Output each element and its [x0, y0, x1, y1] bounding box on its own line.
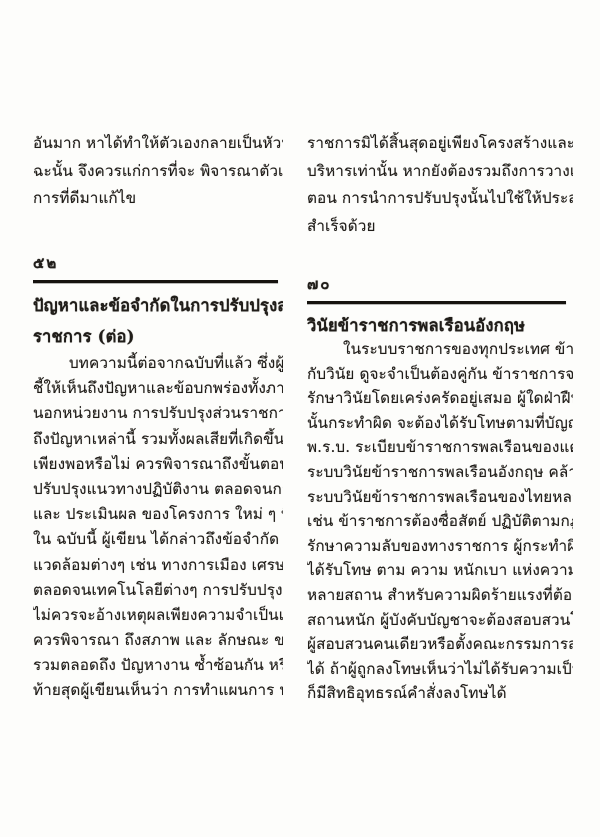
left-article-body: บทความนี้ต่อจากฉบับที่แล้ว ซึ่งผู้เขียนไ…: [33, 351, 283, 704]
right-article-number: ๗๐: [307, 272, 573, 296]
left-continuation-paragraph: อันมาก หาได้ทำให้ตัวเองกลายเป็นหัวหน้าที…: [33, 130, 283, 213]
left-section-rule: [33, 280, 278, 283]
left-article-number: ๕๒: [33, 251, 283, 275]
left-article-title: ปัญหาและข้อจำกัดในการปรับปรุงส่วนราชการ …: [33, 290, 283, 352]
right-continuation-paragraph: ราชการมิได้สิ้นสุดอยู่เพียงโครงสร้างและเ…: [307, 130, 573, 240]
scanned-document-page: อันมาก หาได้ทำให้ตัวเองกลายเป็นหัวหน้าที…: [0, 0, 600, 837]
left-column: อันมาก หาได้ทำให้ตัวเองกลายเป็นหัวหน้าที…: [33, 0, 283, 837]
right-section-rule: [307, 301, 566, 304]
right-column: ราชการมิได้สิ้นสุดอยู่เพียงโครงสร้างและเ…: [307, 0, 573, 837]
right-article-body: ในระบบราชการของทุกประเทศ ข้าราชการกับวิน…: [307, 337, 573, 706]
